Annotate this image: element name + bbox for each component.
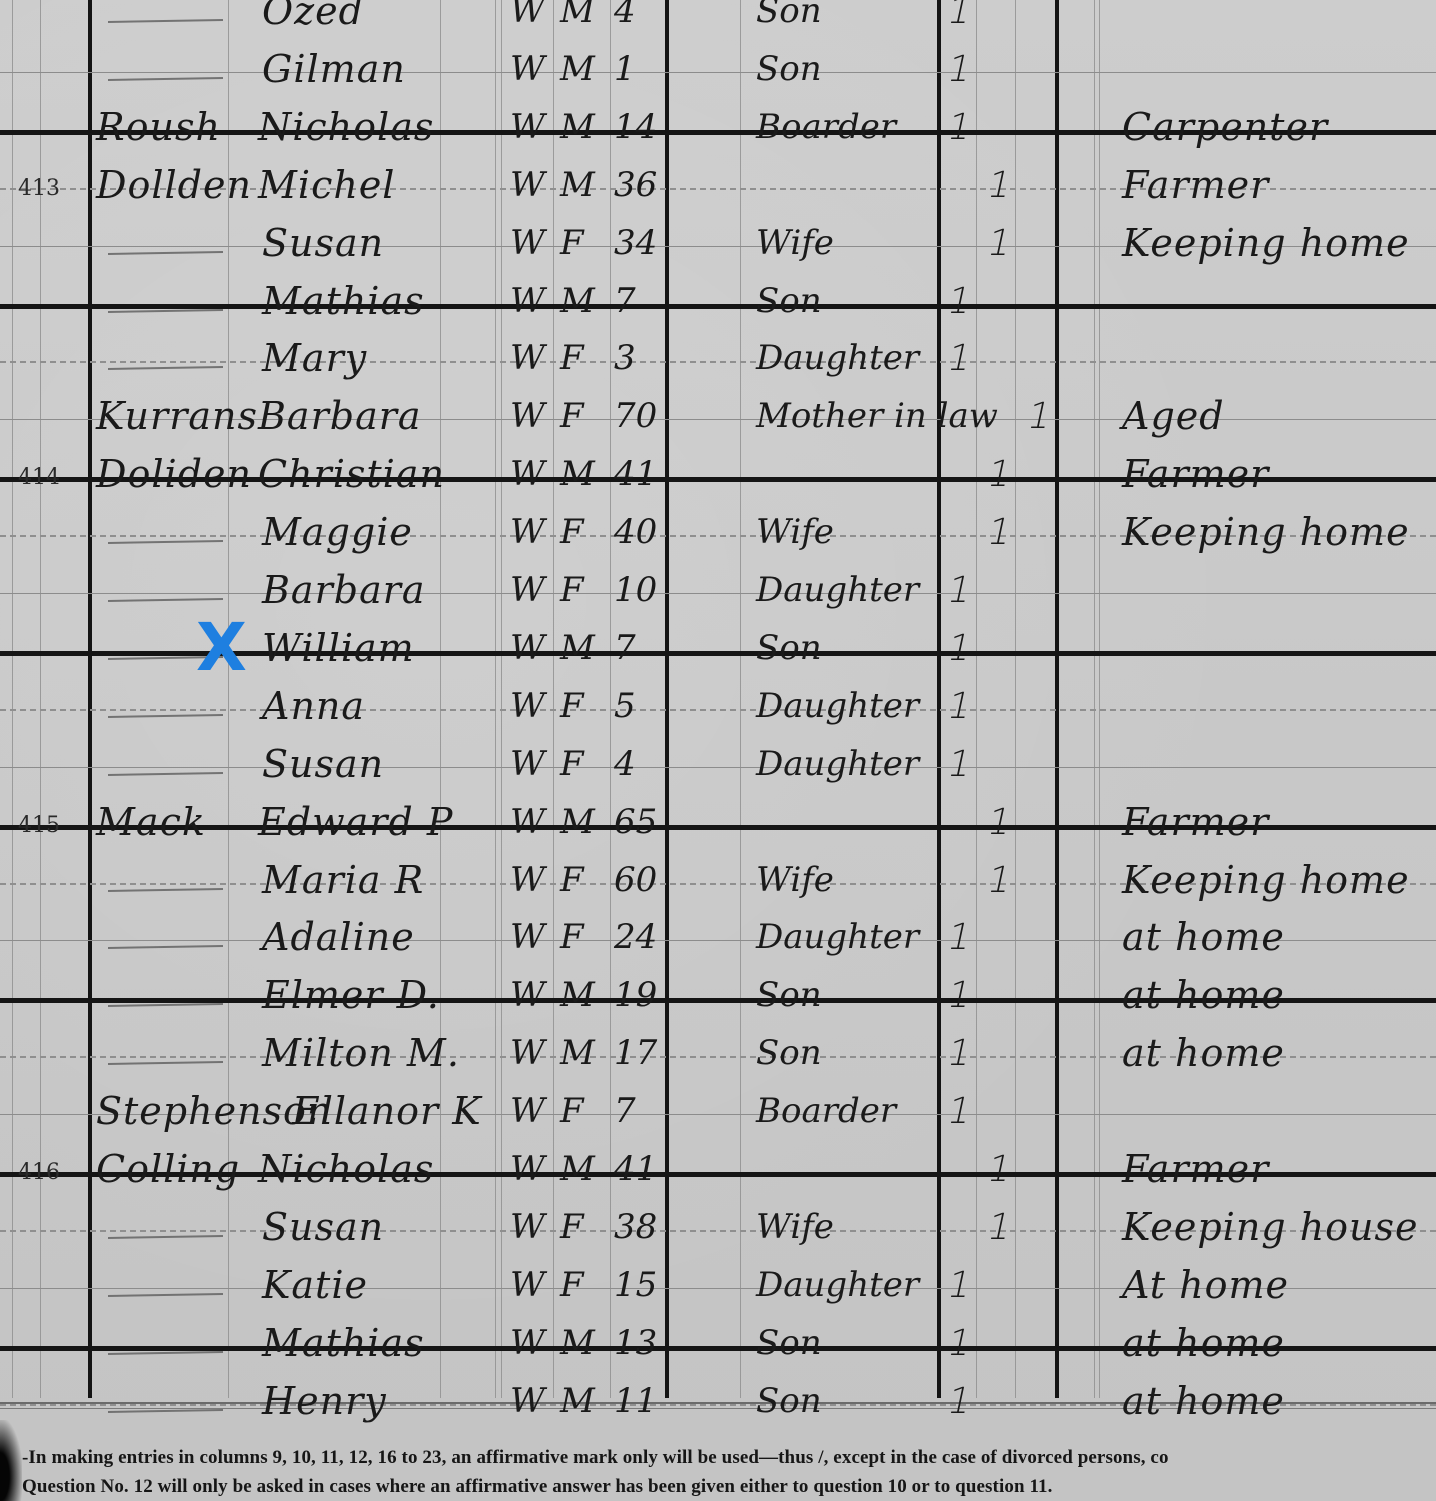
- color-race: W: [510, 863, 545, 897]
- age: 41: [614, 457, 657, 491]
- column-rule: [553, 0, 554, 1398]
- occupation: Carpenter: [1122, 108, 1328, 146]
- dwelling-number: 415: [18, 815, 60, 837]
- color-race: W: [510, 1094, 545, 1128]
- given-name: Ozed: [262, 0, 364, 30]
- sex: F: [560, 515, 584, 549]
- row-rule: [0, 593, 1436, 594]
- given-name: Susan: [262, 224, 384, 262]
- dwelling-number: 413: [18, 178, 60, 200]
- age: 24: [614, 920, 657, 954]
- age: 60: [614, 863, 657, 897]
- surname: Colling: [96, 1150, 240, 1188]
- column-rule: [1015, 0, 1016, 1398]
- sex: F: [560, 573, 584, 607]
- age: 65: [614, 805, 657, 839]
- age: 4: [614, 747, 636, 781]
- given-name: Milton M.: [262, 1034, 460, 1072]
- given-name: Mathias: [262, 282, 425, 320]
- sex: F: [560, 341, 584, 375]
- age: 1: [614, 52, 636, 86]
- column-rule: [665, 0, 669, 1398]
- given-name: Christian: [258, 455, 445, 493]
- age: 34: [614, 226, 657, 260]
- sex: F: [560, 689, 584, 723]
- age: 38: [614, 1210, 657, 1244]
- relationship: Boarder: [756, 1094, 896, 1128]
- age: 3: [614, 341, 636, 375]
- relationship: Wife: [756, 515, 834, 549]
- sex: M: [560, 457, 595, 491]
- relationship: Daughter: [756, 920, 919, 954]
- age: 7: [614, 631, 636, 665]
- sex: M: [560, 1326, 595, 1360]
- age: 70: [614, 399, 657, 433]
- given-name: Elmer D.: [262, 976, 440, 1014]
- color-race: W: [510, 920, 545, 954]
- given-name: Anna: [262, 687, 365, 725]
- sex: M: [560, 110, 595, 144]
- given-name: Mathias: [262, 1324, 425, 1362]
- relationship: Mother in law: [756, 399, 998, 433]
- relationship: Son: [756, 978, 822, 1012]
- sex: F: [560, 1268, 584, 1302]
- sex: M: [560, 1384, 595, 1418]
- column-rule: [1094, 0, 1095, 1398]
- given-name: Susan: [262, 745, 384, 783]
- column-rule: [1055, 0, 1059, 1398]
- color-race: W: [510, 1210, 545, 1244]
- color-race: W: [510, 110, 545, 144]
- color-race: W: [510, 457, 545, 491]
- age: 7: [614, 1094, 636, 1128]
- color-race: W: [510, 689, 545, 723]
- given-name: Mary: [262, 339, 367, 377]
- color-race: W: [510, 52, 545, 86]
- given-name: Henry: [262, 1382, 387, 1420]
- occupation: Aged: [1122, 397, 1225, 435]
- given-name: Maria R: [262, 861, 424, 899]
- color-race: W: [510, 978, 545, 1012]
- age: 15: [614, 1268, 657, 1302]
- occupation: Farmer: [1122, 803, 1269, 841]
- relationship: Wife: [756, 863, 834, 897]
- column-rule: [40, 0, 41, 1398]
- sex: M: [560, 805, 595, 839]
- sex: M: [560, 284, 595, 318]
- sex: M: [560, 978, 595, 1012]
- age: 5: [614, 689, 636, 723]
- column-rule: [610, 0, 611, 1398]
- given-name: Barbara: [258, 397, 422, 435]
- column-rule: [440, 0, 441, 1398]
- age: 19: [614, 978, 657, 1012]
- given-name: Michel: [258, 166, 395, 204]
- occupation: at home: [1122, 918, 1285, 956]
- sex: M: [560, 52, 595, 86]
- sex: M: [560, 1152, 595, 1186]
- age: 13: [614, 1326, 657, 1360]
- sex: F: [560, 920, 584, 954]
- occupation: Keeping home: [1122, 224, 1410, 262]
- age: 14: [614, 110, 657, 144]
- column-rule: [88, 0, 92, 1398]
- surname: Mack: [96, 803, 206, 841]
- given-name: Katie: [262, 1266, 368, 1304]
- footer-instruction-line-2: Question No. 12 will only be asked in ca…: [22, 1476, 1052, 1498]
- given-name: Nicholas: [258, 108, 434, 146]
- given-name: Nicholas: [258, 1150, 434, 1188]
- surname: Kurrans: [96, 397, 258, 435]
- color-race: W: [510, 747, 545, 781]
- column-rule: [495, 0, 496, 1398]
- color-race: W: [510, 1036, 545, 1070]
- relationship: Son: [756, 284, 822, 318]
- color-race: W: [510, 631, 545, 665]
- occupation: Keeping home: [1122, 861, 1410, 899]
- sex: F: [560, 1094, 584, 1128]
- column-rule: [740, 0, 741, 1398]
- given-name: Susan: [262, 1208, 384, 1246]
- color-race: W: [510, 573, 545, 607]
- scan-edge-shadow: [0, 1420, 22, 1501]
- age: 17: [614, 1036, 657, 1070]
- dwelling-number: 414: [18, 467, 60, 489]
- sex: F: [560, 226, 584, 260]
- surname: Dollden: [96, 166, 252, 204]
- age: 10: [614, 573, 657, 607]
- occupation: Farmer: [1122, 1150, 1269, 1188]
- age: 11: [614, 1384, 657, 1418]
- sex: F: [560, 1210, 584, 1244]
- sex: M: [560, 1036, 595, 1070]
- relationship: Wife: [756, 1210, 834, 1244]
- occupation: Farmer: [1122, 166, 1269, 204]
- color-race: W: [510, 399, 545, 433]
- annotation-x-mark: X: [196, 615, 247, 681]
- age: 4: [614, 0, 636, 28]
- relationship: Son: [756, 1384, 822, 1418]
- surname: Roush: [96, 108, 221, 146]
- color-race: W: [510, 1384, 545, 1418]
- relationship: Daughter: [756, 747, 919, 781]
- age: 36: [614, 168, 657, 202]
- given-name: Edward P: [258, 803, 453, 841]
- age: 40: [614, 515, 657, 549]
- given-name: Ellanor K: [292, 1092, 482, 1130]
- relationship: Wife: [756, 226, 834, 260]
- relationship: Son: [756, 0, 822, 28]
- row-rule: [0, 361, 1436, 363]
- color-race: W: [510, 0, 545, 28]
- relationship: Boarder: [756, 110, 896, 144]
- relationship: Daughter: [756, 341, 919, 375]
- relationship: Son: [756, 1036, 822, 1070]
- given-name: Maggie: [262, 513, 413, 551]
- occupation: at home: [1122, 1382, 1285, 1420]
- occupation: Farmer: [1122, 455, 1269, 493]
- relationship: Daughter: [756, 573, 919, 607]
- sex: M: [560, 0, 595, 28]
- given-name: Gilman: [262, 50, 406, 88]
- row-rule: [0, 709, 1436, 711]
- column-rule: [12, 0, 13, 1398]
- occupation: at home: [1122, 1324, 1285, 1362]
- relationship: Daughter: [756, 1268, 919, 1302]
- color-race: W: [510, 168, 545, 202]
- occupation: at home: [1122, 1034, 1285, 1072]
- age: 7: [614, 284, 636, 318]
- age: 41: [614, 1152, 657, 1186]
- sex: F: [560, 863, 584, 897]
- occupation: at home: [1122, 976, 1285, 1014]
- color-race: W: [510, 1152, 545, 1186]
- relationship: Son: [756, 52, 822, 86]
- relationship: Son: [756, 631, 822, 665]
- row-rule: [0, 72, 1436, 73]
- relationship: Son: [756, 1326, 822, 1360]
- occupation: Keeping house: [1122, 1208, 1419, 1246]
- footer-instruction-line-1: -In making entries in columns 9, 10, 11,…: [22, 1447, 1169, 1469]
- column-rule: [976, 0, 977, 1398]
- relationship: Daughter: [756, 689, 919, 723]
- row-rule: [0, 767, 1436, 768]
- sex: F: [560, 399, 584, 433]
- surname: Doliden: [96, 455, 252, 493]
- dwelling-number: 416: [18, 1162, 60, 1184]
- given-name: Adaline: [262, 918, 415, 956]
- column-rule: [501, 0, 502, 1398]
- column-rule: [937, 0, 941, 1398]
- sex: M: [560, 631, 595, 665]
- color-race: W: [510, 341, 545, 375]
- color-race: W: [510, 226, 545, 260]
- color-race: W: [510, 1326, 545, 1360]
- occupation: Keeping home: [1122, 513, 1410, 551]
- color-race: W: [510, 805, 545, 839]
- given-name: William: [262, 629, 415, 667]
- color-race: W: [510, 515, 545, 549]
- color-race: W: [510, 284, 545, 318]
- column-rule: [1099, 0, 1100, 1398]
- color-race: W: [510, 1268, 545, 1302]
- sex: M: [560, 168, 595, 202]
- sex: F: [560, 747, 584, 781]
- occupation: At home: [1122, 1266, 1289, 1304]
- given-name: Barbara: [262, 571, 426, 609]
